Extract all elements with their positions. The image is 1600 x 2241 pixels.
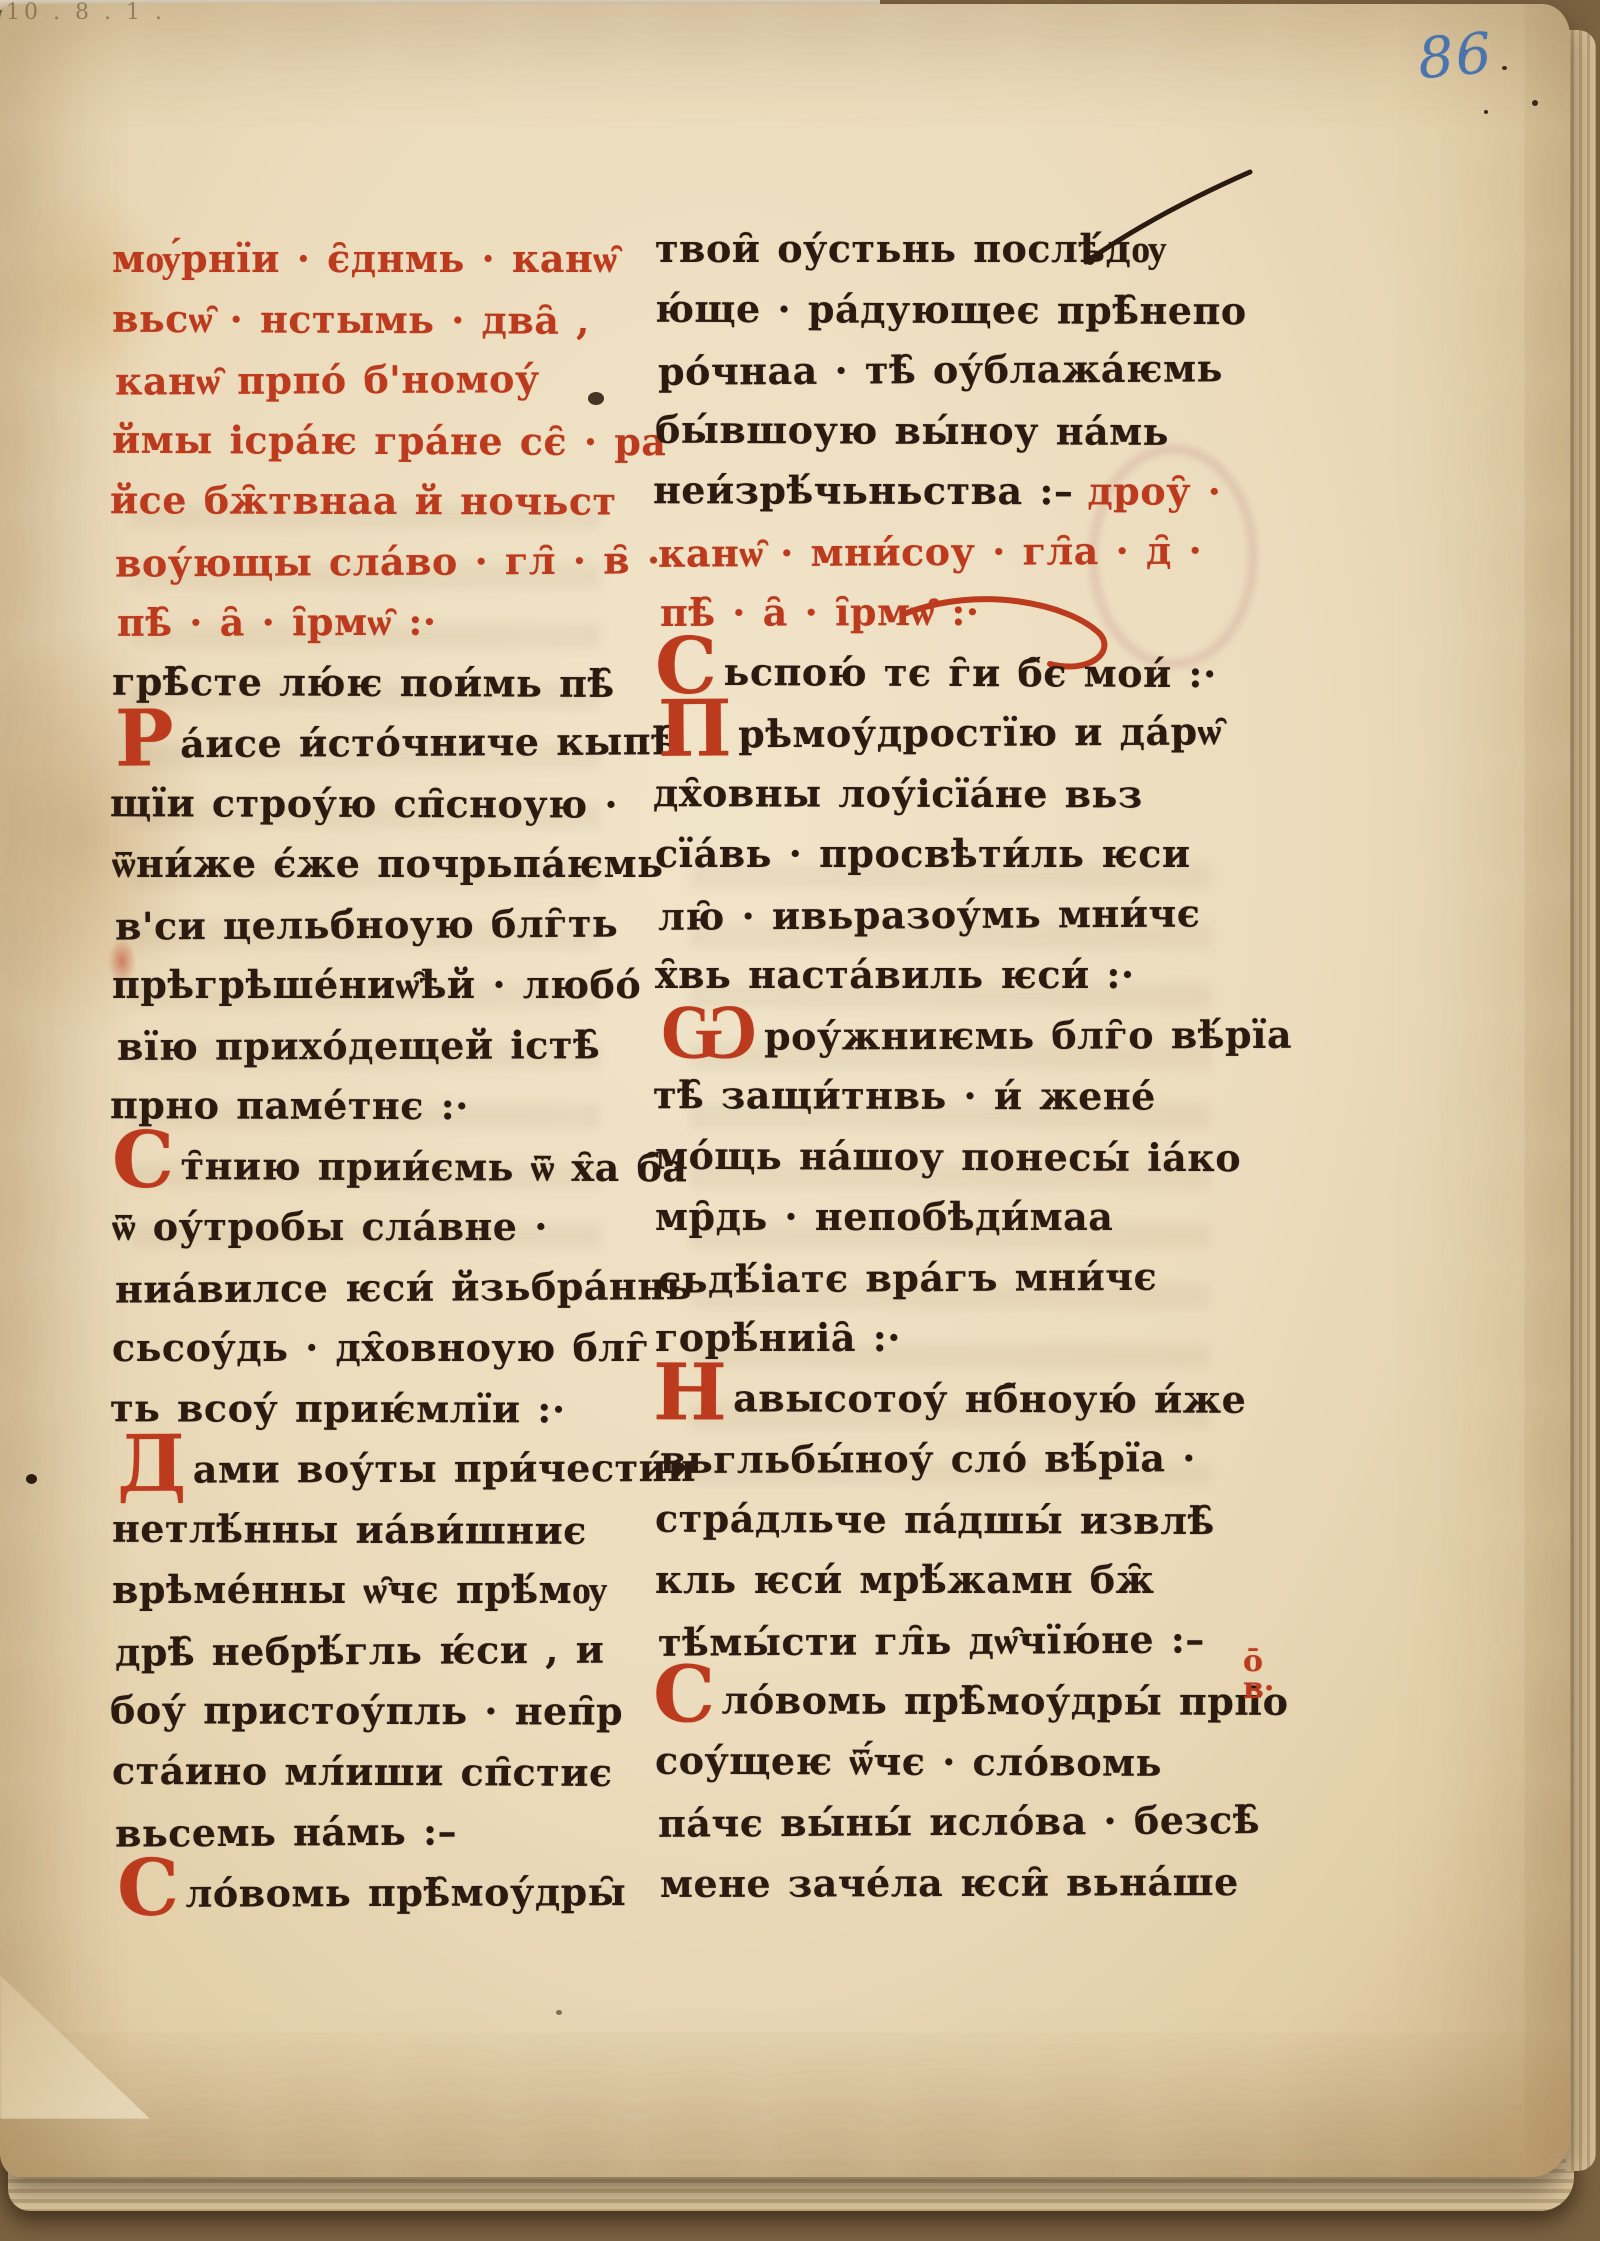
manuscript-line: бы́вшоую вы́ноу на́мь <box>655 399 1255 462</box>
manuscript-line: Ст̑нию прии́ємь ѿ х̑а б̑а <box>112 1135 657 1198</box>
manuscript-line: ймы ісра́ѥ гра́не сє̑ · ра <box>112 409 657 472</box>
line-text: дх̑овны лоу́ісїа́не вьз <box>653 770 1143 816</box>
manuscript-line: сїа́вь · просвѣти́ль ѥси <box>655 824 1255 885</box>
line-text: а́исе и́сто́чниче кыпѣ̑ <box>180 718 678 766</box>
manuscript-line: канѡ̑ прпо́ б'номоу́ <box>115 348 660 412</box>
manuscript-line: Сьспою́ тє г̑и б̑є мои́ :· <box>655 641 1255 704</box>
manuscript-line: мр̑дь · непобѣди́маа <box>655 1187 1255 1248</box>
line-text: канѡ̑ · мни́соу · гл̑а · д̑ · <box>658 527 1203 575</box>
line-text: твои̑ оу́стьнь послѣ́дѹ <box>655 226 1167 271</box>
manuscript-line: ста́ино мл́иши сп̑стиє <box>112 1740 657 1803</box>
manuscript-line: па́чє вы́ны́ исло́ва · безсѣ̑ <box>658 1790 1258 1854</box>
line-text: тѣ́мы́сти гл̑ь дѡ̑чїю́не :– <box>658 1616 1205 1664</box>
line-text: ниа́вилсе ѥси́ йзьбра́ннь <box>115 1263 692 1312</box>
line-text: лю̑ · ивьразоу́мь мни́чє <box>658 890 1201 938</box>
wormhole <box>26 1474 37 1484</box>
line-text: неи́зрѣ́чьньства :– <box>653 467 1074 513</box>
line-text: авысотоу́ нб̑ноую́ и́же <box>733 1375 1246 1421</box>
corner-curl <box>0 1919 250 2119</box>
manuscript-line: горѣ́ниіа̑ :· <box>655 1308 1255 1369</box>
line-text: соу́щеѥ ѿ́чє · сло́вомь <box>655 1737 1162 1784</box>
margin-mark-bottom: в· <box>1243 1675 1295 1702</box>
line-text: воу́ющы сла́во · гл̑ · в̑ · <box>115 537 661 585</box>
manuscript-line: йсе бж̑твнаа й ночьст <box>110 470 655 532</box>
line-text: йсе бж̑твнаа й ночьст <box>110 477 617 523</box>
line-text: ьспою́ тє г̑и б̑є мои́ :· <box>724 648 1217 695</box>
line-text: вїю прихо́дещей істѣ̑ <box>117 1022 600 1069</box>
line-text: ѿни́же є́же почрьпа́ѥмь <box>112 841 663 886</box>
line-text: рѣмоу́дростїю и да́рѡ̑ <box>738 708 1222 756</box>
line-initial: Н <box>653 1373 727 1413</box>
line-text: грѣ̑сте лю́ѥ пои́мь пѣ̑ <box>112 658 615 705</box>
line-text: боу́ пристоу́пль · неп̑р <box>110 1687 623 1733</box>
manuscript-line: ть всоу́ приѥ́млїи :· <box>110 1378 655 1440</box>
manuscript-line: Ра́исе и́сто́чниче кыпѣ̑ <box>115 711 660 775</box>
manuscript-line: вьсѡ̑ · нстымь · два̑ , <box>112 288 657 351</box>
line-text: мр̑дь · непобѣди́маа <box>655 1194 1113 1239</box>
manuscript-line: боу́ пристоу́пль · неп̑р <box>110 1680 655 1742</box>
manuscript-line: кль ѥси́ мрѣ́жамн бж̑ <box>655 1550 1255 1611</box>
line-text: стра́дльче па́дшы́ извлѣ̑ <box>655 1495 1215 1542</box>
manuscript-line: дх̑овны лоу́ісїа́не вьз <box>653 763 1253 825</box>
manuscript-line: врѣме́нны ѡ̑чє прѣ́мѹ <box>112 1560 657 1621</box>
line-text: пѣ̑ · а̑ · і̑рмѡ̑ :· <box>117 599 437 645</box>
manuscript-line: лю̑ · ивьразоу́мь мни́чє <box>658 883 1258 947</box>
line-text: ѿ оу́тробы сла́вне · <box>112 1204 548 1249</box>
folio-number: 86 <box>1415 21 1496 92</box>
manuscript-line: канѡ̑ · мни́соу · гл̑а · д̑ · <box>658 520 1258 584</box>
manuscript-line: вьгльбы́ноу́ сло́ вѣ́рїа · <box>660 1428 1260 1491</box>
line-rubric-suffix: дроу̑ · <box>1087 468 1221 513</box>
line-initial: Р <box>115 719 174 759</box>
speck <box>1484 110 1488 114</box>
line-text: бы́вшоую вы́ноу на́мь <box>655 406 1169 453</box>
manuscript-line: соу́щеѥ ѿ́чє · сло́вомь <box>655 1730 1255 1793</box>
page-stack-right <box>1566 30 1596 2171</box>
line-text: нетлѣ́нны иа́ви́шниє <box>112 1505 587 1552</box>
manuscript-line: мѹ́рнїи · є̑днмь · канѡ̑ <box>112 229 657 290</box>
manuscript-line: пѣ̑ · а̑ · і̑рмѡ̑ :· <box>117 591 662 653</box>
line-initial: Ѡ <box>660 1011 758 1051</box>
line-text: ро́чнаа · тѣ̑ оу́блажа́ѥмь <box>658 345 1223 393</box>
manuscript-line: Навысотоу́ нб̑ноую́ и́же <box>653 1368 1253 1430</box>
left-column: мѹ́рнїи · є̑днмь · канѡ̑ вьсѡ̑ · нстымь … <box>112 229 657 1923</box>
line-text: мѹ́рнїи · є̑днмь · канѡ̑ <box>112 236 617 281</box>
manuscript-line: вьсемь на́мь :– <box>115 1800 660 1864</box>
line-initial: С <box>655 646 718 686</box>
line-initial: С <box>117 1868 180 1908</box>
manuscript-line: прно паме́тнє :· <box>110 1075 655 1137</box>
manuscript-line: в'си цельб́ноую блг̑ть <box>115 893 660 957</box>
line-text: мене заче́ла ѥси̑ вьна́ше <box>660 1859 1239 1906</box>
manuscript-line: неи́зрѣ́чьньства :–дроу̑ · <box>653 460 1253 522</box>
manuscript-line: прѣгрѣше́ниѡ̑ѣй · любо́ <box>112 955 657 1016</box>
line-text: в'си цельб́ноую блг̑ть <box>115 900 618 948</box>
line-text: па́чє вы́ны́ исло́ва · безсѣ̑ <box>658 1797 1260 1846</box>
line-text: канѡ̑ прпо́ б'номоу́ <box>115 356 540 404</box>
line-initial: П <box>658 709 732 749</box>
line-text: кль ѥси́ мрѣ́жамн бж̑ <box>655 1557 1154 1602</box>
line-text: сьсоу́дь · дх̑овноую блг̑ <box>112 1325 649 1370</box>
speck <box>556 2010 562 2015</box>
manuscript-line: ѿни́же є́же почрьпа́ѥмь <box>112 834 657 895</box>
line-text: т̑нию прии́ємь ѿ х̑а б̑а <box>181 1143 688 1190</box>
manuscript-line: Сло́вомь прѣ̑моу́дры́ прп̑о <box>653 1670 1253 1732</box>
line-text: щїи строу́ю сп̑сноую · <box>110 780 618 826</box>
line-initial: С <box>653 1675 716 1715</box>
manuscript-line: Сло́вомь прѣ̑моу́дры̑ <box>117 1862 662 1924</box>
manuscript-line: тѣ́мы́сти гл̑ь дѡ̑чїю́не :– <box>658 1609 1258 1673</box>
manuscript-line: ю́ще · ра́дующеє прѣ̑непо <box>655 278 1255 341</box>
manuscript-line: воу́ющы сла́во · гл̑ · в̑ · <box>115 530 660 594</box>
manuscript-line: ѿ оу́тробы сла́вне · <box>112 1197 657 1258</box>
manuscript-line: пѣ̑ · а̑ · і̑рмѡ̑ :· <box>660 581 1260 644</box>
line-text: ло́вомь прѣ̑моу́дры́ прп̑о <box>722 1677 1289 1723</box>
parchment-page: 10 . 8 . 1 . 86 мѹ́рнїи · є̑днмь · канѡ̑… <box>0 4 1570 2177</box>
manuscript-line: ниа́вилсе ѥси́ йзьбра́ннь <box>115 1256 660 1320</box>
manuscript-line: Прѣмоу́дростїю и да́рѡ̑ <box>658 701 1258 765</box>
manuscript-line: сьсоу́дь · дх̑овноую блг̑ <box>112 1318 657 1379</box>
line-text: ло́вомь прѣ̑моу́дры̑ <box>186 1869 627 1916</box>
manuscript-line: мо́щь на́шоу понесы́ іа́ко <box>655 1125 1255 1188</box>
line-text: тѣ̑ защи́тнвь · и́ жене́ <box>653 1072 1156 1118</box>
line-text: ами воу́ты при́чести́и <box>193 1445 696 1492</box>
speck <box>1532 100 1538 106</box>
manuscript-line: мене заче́ла ѥси̑ вьна́ше <box>660 1851 1260 1914</box>
line-text: мо́щь на́шоу понесы́ іа́ко <box>655 1132 1241 1180</box>
line-text: ста́ино мл́иши сп̑стиє <box>112 1747 613 1794</box>
pencil-note: 10 . 8 . 1 . <box>6 0 166 25</box>
manuscript-line: нетлѣ́нны иа́ви́шниє <box>112 1498 657 1561</box>
manuscript-line: грѣ̑сте лю́ѥ пои́мь пѣ̑ <box>112 651 657 714</box>
speck <box>1502 66 1507 70</box>
line-text: роу́жниѥмь блг̑о вѣ́рїа <box>764 1011 1292 1058</box>
manuscript-line: дрѣ̑ небрѣ́гль ѥ́си , и <box>115 1619 660 1683</box>
line-text: прѣгрѣше́ниѡ̑ѣй · любо́ <box>112 962 641 1007</box>
line-text: дрѣ̑ небрѣ́гль ѥ́си , и <box>115 1626 605 1674</box>
line-text: врѣме́нны ѡ̑чє прѣ́мѹ <box>112 1567 608 1612</box>
line-initial: С <box>112 1140 175 1180</box>
line-text: ймы ісра́ѥ гра́не сє̑ · ра <box>112 416 667 463</box>
margin-mark: о̄ в· <box>1243 1648 1295 1702</box>
line-initial: Д <box>117 1445 187 1485</box>
manuscript-line: Ѡроу́жниѥмь блг̑о вѣ́рїа <box>660 1004 1260 1067</box>
line-text: ю́ще · ра́дующеє прѣ̑непо <box>655 285 1247 333</box>
line-text: вьсѡ̑ · нстымь · два̑ , <box>112 295 590 342</box>
manuscript-line: Дами воу́ты при́чести́и <box>117 1438 662 1500</box>
manuscript-line: вїю прихо́дещей істѣ̑ <box>117 1015 662 1077</box>
manuscript-line: ро́чнаа · тѣ̑ оу́блажа́ѥмь <box>658 338 1258 402</box>
manuscript-line: твои̑ оу́стьнь послѣ́дѹ <box>655 219 1255 280</box>
right-column: твои̑ оу́стьнь послѣ́дѹ ю́ще · ра́дующеє… <box>655 219 1255 1913</box>
line-text: сїа́вь · просвѣти́ль ѥси <box>655 831 1191 876</box>
manuscript-line: стра́дльче па́дшы́ извлѣ̑ <box>655 1488 1255 1551</box>
manuscript-line: щїи строу́ю сп̑сноую · <box>110 773 655 835</box>
line-text: вьгльбы́ноу́ сло́ вѣ́рїа · <box>660 1435 1196 1482</box>
manuscript-line: сьдѣ́іатє вра́гъ мни́чє <box>658 1246 1258 1310</box>
manuscript-line: тѣ̑ защи́тнвь · и́ жене́ <box>653 1065 1253 1127</box>
line-text: сьдѣ́іатє вра́гъ мни́чє <box>658 1253 1157 1301</box>
